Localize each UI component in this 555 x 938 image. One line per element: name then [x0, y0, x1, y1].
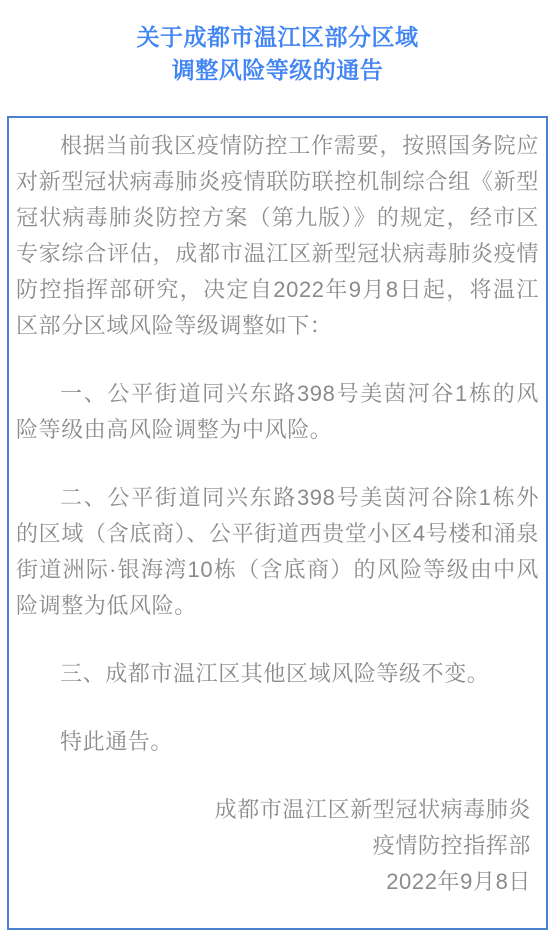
notice-paragraph-intro: 根据当前我区疫情防控工作需要，按照国务院应对新型冠状病毒肺炎疫情联防联控机制综合… — [16, 128, 539, 344]
notice-title-line2: 调整风险等级的通告 — [0, 54, 555, 87]
notice-paragraph-closing: 特此通告。 — [16, 724, 539, 760]
notice-title: 关于成都市温江区部分区域 调整风险等级的通告 — [0, 0, 555, 87]
notice-paragraph-item-2: 二、公平街道同兴东路398号美茵河谷除1栋外的区域（含底商）、公平街道西贵堂小区… — [16, 480, 539, 624]
signature-block: 成都市温江区新型冠状病毒肺炎 疫情防控指挥部 2022年9月8日 — [16, 792, 539, 900]
notice-page: 关于成都市温江区部分区域 调整风险等级的通告 根据当前我区疫情防控工作需要，按照… — [0, 0, 555, 938]
signature-org-line2: 疫情防控指挥部 — [16, 828, 531, 864]
signature-org-line1: 成都市温江区新型冠状病毒肺炎 — [16, 792, 531, 828]
notice-title-line1: 关于成都市温江区部分区域 — [0, 21, 555, 54]
notice-body-box: 根据当前我区疫情防控工作需要，按照国务院应对新型冠状病毒肺炎疫情联防联控机制综合… — [7, 116, 548, 930]
signature-date: 2022年9月8日 — [16, 864, 531, 900]
notice-paragraph-item-1: 一、公平街道同兴东路398号美茵河谷1栋的风险等级由高风险调整为中风险。 — [16, 376, 539, 448]
notice-paragraph-item-3: 三、成都市温江区其他区域风险等级不变。 — [16, 656, 539, 692]
